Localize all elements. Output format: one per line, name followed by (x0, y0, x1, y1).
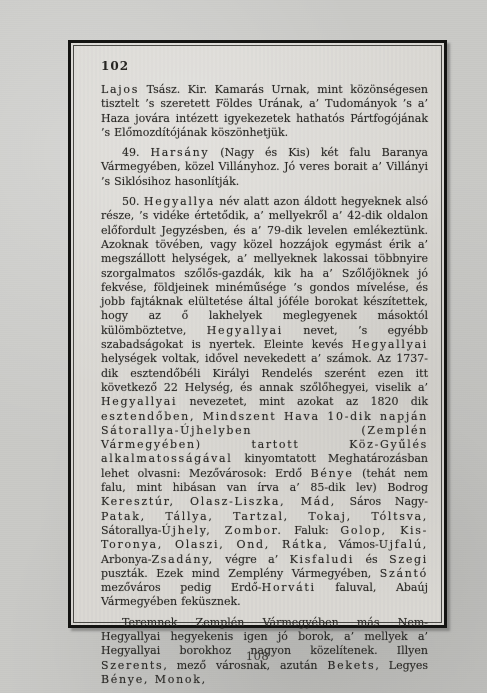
body-text-segment: helységek voltak, idővel nevekedett a’ s… (101, 352, 428, 394)
letterspaced-text: Hegyallyai (101, 395, 177, 408)
page-content: 102 Lajos Tsász. Kir. Kamarás Urnak, min… (71, 43, 444, 625)
letterspaced-text: Harsány (151, 146, 210, 159)
letterspaced-text: Bénye, Monok (101, 673, 202, 686)
body-text-segment: Vámos- (328, 538, 378, 551)
letterspaced-text: Horváti (262, 581, 316, 594)
paragraph: Lajos Tsász. Kir. Kamarás Urnak, mint kö… (101, 83, 428, 140)
letterspaced-text: Hegyallyai (207, 324, 283, 337)
letterspaced-text: Patak, Tállya, Tartzal, Tokaj, Tóltsva, (101, 510, 428, 523)
letterspaced-text: Szegi (389, 553, 428, 566)
page-number-footer: 108 (68, 649, 447, 663)
letterspaced-text: Zsadány, (151, 553, 213, 566)
letterspaced-text: Keresztúr, Olasz-Liszka, Mád, (101, 495, 336, 508)
letterspaced-text: Lajos (101, 83, 139, 96)
body-text: Lajos Tsász. Kir. Kamarás Urnak, mint kö… (101, 83, 428, 687)
body-text-segment: , (202, 673, 206, 686)
body-text-segment: nevezetet, mint azokat az 1820 dik (177, 395, 428, 408)
letterspaced-text: Ujfalú, (379, 538, 428, 551)
body-text-segment: mezőváros pedig Erdő- (101, 581, 262, 594)
body-text-segment: Faluk: (283, 524, 341, 537)
body-text-segment: Sátorallya- (101, 524, 161, 537)
letterspaced-text: Bénye (311, 467, 354, 480)
letterspaced-text: Kisfaludi (290, 553, 354, 566)
body-text-segment: Arbonya- (101, 553, 151, 566)
letterspaced-text: Szántó (380, 567, 428, 580)
body-text-segment: Sáros Nagy- (336, 495, 428, 508)
body-text-segment: név alatt azon áldott hegyeknek alsó rés… (101, 195, 428, 337)
book-scan: { "page": { "header_page_number": "102",… (0, 0, 487, 693)
paragraph: 49. Harsány (Nagy és Kis) két falu Baran… (101, 146, 428, 189)
body-text-segment: 49. (122, 146, 151, 159)
body-text-segment: és (354, 553, 389, 566)
page-number-header: 102 (101, 59, 428, 73)
letterspaced-text: Újhely, Zombor. (161, 524, 282, 537)
body-text-segment: végre a’ (214, 553, 290, 566)
letterspaced-text: Hegyallyai (352, 338, 428, 351)
letterspaced-text: Hegyallya (144, 195, 215, 208)
body-text-segment: Tsász. Kir. Kamarás Urnak, mint közönség… (101, 83, 428, 139)
body-text-segment: puszták. Ezek mind Zemplény Vármegyében, (101, 567, 380, 580)
paragraph: 50. Hegyallya név alatt azon áldott hegy… (101, 195, 428, 610)
page-frame: 102 Lajos Tsász. Kir. Kamarás Urnak, min… (68, 40, 447, 628)
body-text-segment: 50. (122, 195, 144, 208)
